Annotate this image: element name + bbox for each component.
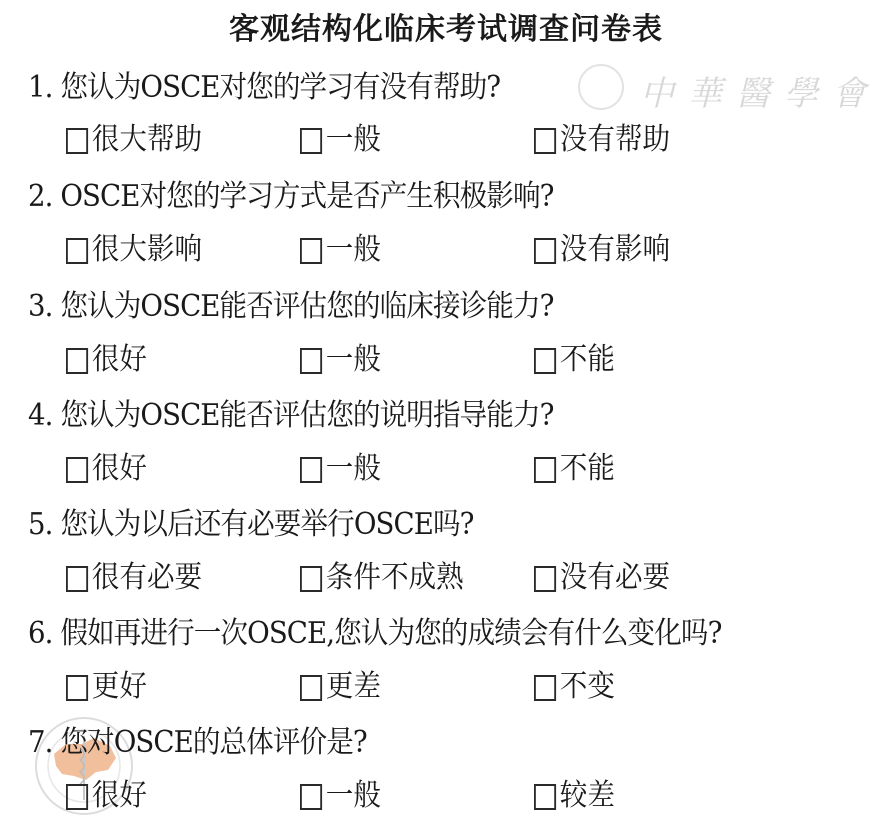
option-q1-b[interactable]: 一般 (300, 120, 381, 160)
question-3: 3. 您认为OSCE能否评估您的临床接诊能力? (28, 287, 554, 327)
option-label: 很好 (92, 449, 147, 489)
option-q3-b[interactable]: 一般 (300, 340, 381, 380)
checkbox[interactable] (300, 128, 322, 154)
checkbox[interactable] (534, 128, 556, 154)
checkbox[interactable] (66, 238, 88, 264)
option-q4-b[interactable]: 一般 (300, 449, 381, 489)
checkbox[interactable] (534, 457, 556, 483)
option-q6-c[interactable]: 不变 (534, 667, 615, 707)
question-5-options: 很有必要 条件不成熟 没有必要 (0, 558, 892, 598)
option-label: 没有帮助 (560, 120, 670, 160)
option-q7-c[interactable]: 较差 (534, 776, 615, 816)
option-label: 一般 (326, 449, 381, 489)
option-q5-a[interactable]: 很有必要 (66, 558, 202, 598)
question-4: 4. 您认为OSCE能否评估您的说明指导能力? (28, 396, 554, 436)
option-q2-a[interactable]: 很大影响 (66, 230, 202, 270)
option-q7-b[interactable]: 一般 (300, 776, 381, 816)
option-q3-c[interactable]: 不能 (534, 340, 615, 380)
option-label: 没有影响 (560, 230, 670, 270)
option-label: 更好 (92, 667, 147, 707)
question-7: 7. 您对OSCE的总体评价是? (28, 723, 367, 763)
checkbox[interactable] (66, 457, 88, 483)
checkbox[interactable] (300, 784, 322, 810)
option-q7-a[interactable]: 很好 (66, 776, 147, 816)
checkbox[interactable] (300, 457, 322, 483)
option-label: 一般 (326, 230, 381, 270)
option-label: 很大帮助 (92, 120, 202, 160)
option-q6-b[interactable]: 更差 (300, 667, 381, 707)
option-label: 更差 (326, 667, 381, 707)
question-5: 5. 您认为以后还有必要举行OSCE吗? (28, 505, 474, 545)
checkbox[interactable] (66, 128, 88, 154)
option-label: 很大影响 (92, 230, 202, 270)
question-7-options: 很好 一般 较差 (0, 776, 892, 816)
question-1: 1. 您认为OSCE对您的学习有没有帮助? (28, 68, 500, 108)
checkbox[interactable] (300, 238, 322, 264)
option-label: 不能 (560, 340, 615, 380)
option-q1-c[interactable]: 没有帮助 (534, 120, 670, 160)
option-label: 没有必要 (560, 558, 670, 598)
option-label: 很有必要 (92, 558, 202, 598)
question-6-options: 更好 更差 不变 (0, 667, 892, 707)
checkbox[interactable] (534, 348, 556, 374)
option-q2-b[interactable]: 一般 (300, 230, 381, 270)
option-q4-c[interactable]: 不能 (534, 449, 615, 489)
option-label: 一般 (326, 340, 381, 380)
option-label: 一般 (326, 776, 381, 816)
checkbox[interactable] (300, 348, 322, 374)
page-title: 客观结构化临床考试调查问卷表 (0, 10, 892, 50)
option-q5-b[interactable]: 条件不成熟 (300, 558, 464, 598)
option-label: 较差 (560, 776, 615, 816)
question-4-options: 很好 一般 不能 (0, 449, 892, 489)
checkbox[interactable] (534, 784, 556, 810)
question-6: 6. 假如再进行一次OSCE,您认为您的成绩会有什么变化吗? (28, 614, 721, 654)
option-label: 一般 (326, 120, 381, 160)
checkbox[interactable] (300, 566, 322, 592)
watermark-seal-icon (578, 64, 624, 110)
checkbox[interactable] (300, 675, 322, 701)
question-1-options: 很大帮助 一般 没有帮助 (0, 120, 892, 160)
option-label: 很好 (92, 776, 147, 816)
checkbox[interactable] (66, 348, 88, 374)
option-q1-a[interactable]: 很大帮助 (66, 120, 202, 160)
option-q2-c[interactable]: 没有影响 (534, 230, 670, 270)
option-q6-a[interactable]: 更好 (66, 667, 147, 707)
option-label: 不能 (560, 449, 615, 489)
question-2-options: 很大影响 一般 没有影响 (0, 230, 892, 270)
option-q4-a[interactable]: 很好 (66, 449, 147, 489)
checkbox[interactable] (534, 675, 556, 701)
option-q5-c[interactable]: 没有必要 (534, 558, 670, 598)
option-label: 很好 (92, 340, 147, 380)
option-label: 条件不成熟 (326, 558, 464, 598)
question-2: 2. OSCE对您的学习方式是否产生积极影响? (28, 177, 554, 217)
checkbox[interactable] (66, 566, 88, 592)
checkbox[interactable] (66, 784, 88, 810)
checkbox[interactable] (66, 675, 88, 701)
question-3-options: 很好 一般 不能 (0, 340, 892, 380)
checkbox[interactable] (534, 566, 556, 592)
checkbox[interactable] (534, 238, 556, 264)
option-label: 不变 (560, 667, 615, 707)
option-q3-a[interactable]: 很好 (66, 340, 147, 380)
watermark-text: 中華醫學會 (640, 66, 880, 115)
